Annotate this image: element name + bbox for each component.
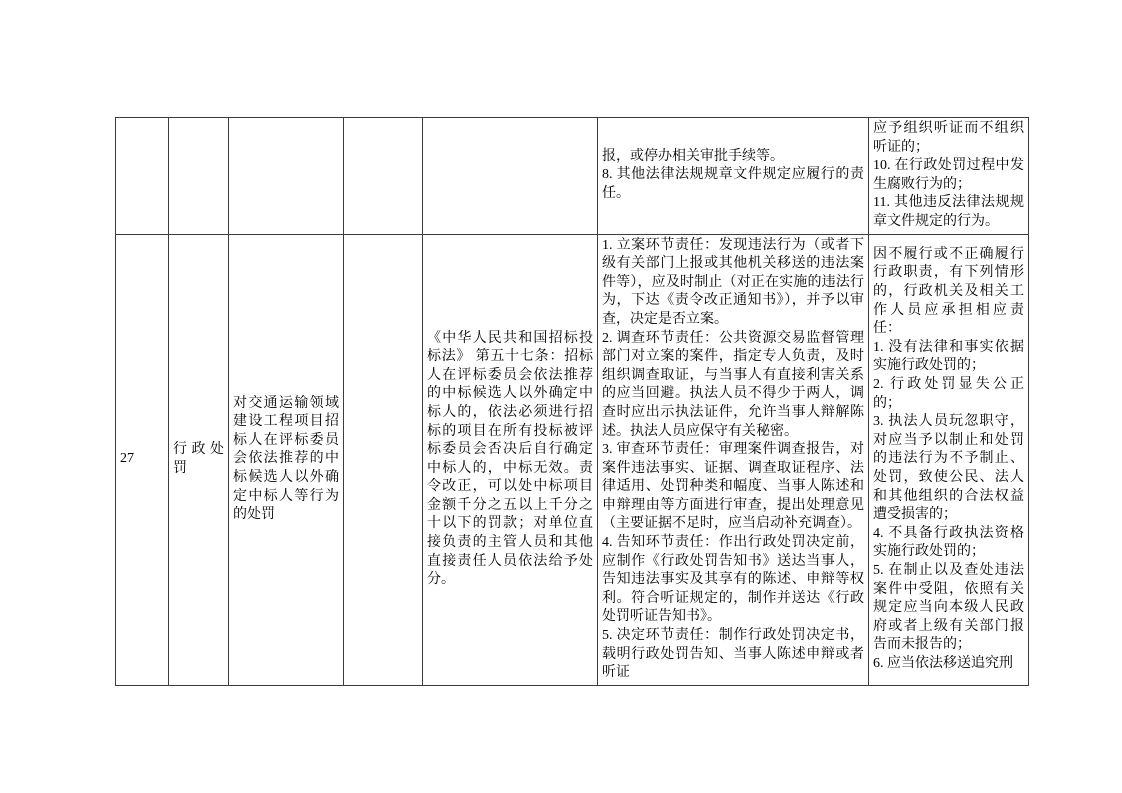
cell-accountability: 应予组织听证而不组织听证的； 10. 在行政处罚过程中发生腐败行为的； 11. …: [869, 118, 1029, 235]
cell-penalty-type: 行政处罚: [169, 234, 229, 685]
cell-penalty-item: 对交通运输领域建设工程项目招标人在评标委员会依法推荐的中标候选人以外确定中标人等…: [229, 234, 344, 685]
cell-accountability: 因不履行或不正确履行行政职责，有下列情形的，行政机关及相关工作人员应承担相应责任…: [869, 234, 1029, 685]
cell-legal-basis: [423, 118, 598, 235]
cell-seq-number: 27: [116, 234, 169, 685]
table-row-continuation: 报，或停办相关审批手续等。 8. 其他法律法规规章文件规定应履行的责任。 应予组…: [116, 118, 1029, 235]
cell-penalty-type: [169, 118, 229, 235]
cell-legal-basis: 《中华人民共和国招标投标法》 第五十七条：招标人在评标委员会依法推荐的中标候选人…: [423, 234, 598, 685]
table-row-27: 27 行政处罚 对交通运输领域建设工程项目招标人在评标委员会依法推荐的中标候选人…: [116, 234, 1029, 685]
cell-duty-steps: 1. 立案环节责任：发现违法行为（或者下级有关部门上报或其他机关移送的违法案件等…: [598, 234, 869, 685]
cell-penalty-item: [229, 118, 344, 235]
cell-duty-steps: 报，或停办相关审批手续等。 8. 其他法律法规规章文件规定应履行的责任。: [598, 118, 869, 235]
cell-empty: [344, 118, 423, 235]
power-responsibility-table: 报，或停办相关审批手续等。 8. 其他法律法规规章文件规定应履行的责任。 应予组…: [115, 117, 1029, 686]
cell-empty: [344, 234, 423, 685]
cell-seq-number: [116, 118, 169, 235]
